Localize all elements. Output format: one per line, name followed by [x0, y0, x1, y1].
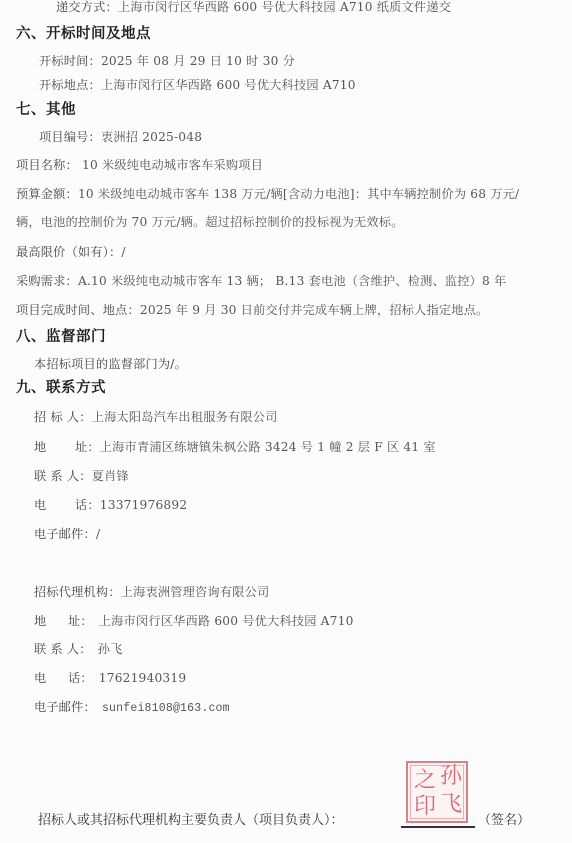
- tenderer-phone-value: 13371976892: [100, 498, 188, 512]
- seal-char-4: 印: [414, 795, 436, 819]
- project-number-value: 衷洲招 2025-048: [101, 130, 202, 144]
- opening-place-line: 开标地点：上海市闵行区华西路 600 号优大科技园 A710: [39, 77, 356, 93]
- requirement-label: 采购需求：: [16, 274, 78, 288]
- tenderer-address-label-b: 址：: [75, 440, 100, 454]
- agency-address-value: 上海市闵行区华西路 600 号优大科技园 A710: [99, 614, 354, 628]
- tenderer-phone-label-b: 话：: [75, 498, 100, 512]
- agency-name-line: 招标代理机构：上海衷洲管理咨询有限公司: [34, 584, 269, 600]
- agency-contact-line: 联 系 人：孙飞: [34, 641, 122, 657]
- section-9-title: 九、联系方式: [16, 379, 106, 397]
- seal-stamp: 孙 之 飞 印: [406, 761, 468, 823]
- tenderer-phone-label-a: 电: [34, 497, 75, 513]
- signature-underline: [401, 826, 475, 828]
- agency-phone-label-b: 话：: [68, 671, 93, 685]
- budget-label: 预算金额：: [16, 187, 78, 201]
- agency-phone-label-a: 电: [34, 670, 68, 686]
- tenderer-name-value: 上海太阳岛汽车出租服务有限公司: [92, 410, 278, 424]
- seal-char-3: 飞: [440, 793, 462, 817]
- opening-place-label: 开标地点：: [39, 78, 101, 92]
- agency-address-line: 地址：上海市闵行区华西路 600 号优大科技园 A710: [34, 613, 354, 629]
- budget-value-2: 辆，电池的控制价为 70 万元/辆。超过招标控制价的投标视为无效标。: [16, 215, 404, 229]
- agency-email-label: 电子邮件：: [34, 700, 96, 714]
- completion-value: 2025 年 9 月 30 日前交付并完成车辆上牌，招标人指定地点。: [140, 303, 489, 317]
- tenderer-contact-value: 夏肖锋: [92, 469, 129, 483]
- budget-value-1: 10 米级纯电动城市客车 138 万元/辆[含动力电池]：其中车辆控制价为 68…: [78, 187, 519, 201]
- document-page: 递交方式：上海市闵行区华西路 600 号优大科技园 A710 纸质文件递交 六、…: [0, 0, 572, 843]
- agency-phone-value: 17621940319: [99, 671, 187, 685]
- opening-place-value: 上海市闵行区华西路 600 号优大科技园 A710: [101, 78, 356, 92]
- section-7-title: 七、其他: [16, 101, 76, 119]
- submission-method-label: 递交方式：: [56, 0, 118, 14]
- completion-label: 项目完成时间、地点：: [16, 303, 140, 317]
- tenderer-name-label: 招 标 人：: [34, 410, 92, 424]
- project-name-label: 项目名称：: [16, 158, 78, 172]
- signature-suffix: （签名）: [478, 812, 530, 830]
- tenderer-name-line: 招 标 人：上海太阳岛汽车出租服务有限公司: [34, 409, 278, 425]
- max-price-label: 最高限价（如有）：: [16, 245, 121, 259]
- signature-label: 招标人或其招标代理机构主要负责人（项目负责人）：: [38, 812, 344, 830]
- opening-time-line: 开标时间：2025 年 08 月 29 日 10 时 30 分: [39, 53, 295, 69]
- tenderer-address-value: 上海市青浦区练塘镇朱枫公路 3424 号 1 幢 2 层 F 区 41 室: [100, 440, 436, 454]
- requirement-value: A.10 米级纯电动城市客车 13 辆； B.13 套电池（含维护、检测、监控）…: [78, 274, 507, 288]
- completion-line: 项目完成时间、地点：2025 年 9 月 30 日前交付并完成车辆上牌，招标人指…: [16, 302, 488, 318]
- agency-name-label: 招标代理机构：: [34, 585, 121, 599]
- opening-time-label: 开标时间：: [39, 54, 101, 68]
- agency-address-label-a: 地: [34, 613, 68, 629]
- submission-method-line: 递交方式：上海市闵行区华西路 600 号优大科技园 A710 纸质文件递交: [56, 0, 451, 15]
- seal-char-2: 之: [414, 769, 436, 793]
- section-6-title: 六、开标时间及地点: [16, 25, 151, 43]
- project-name-value: 10 米级纯电动城市客车采购项目: [78, 158, 263, 172]
- agency-email-line: 电子邮件：sunfei8108@163.com: [34, 699, 230, 717]
- budget-line-1: 预算金额：10 米级纯电动城市客车 138 万元/辆[含动力电池]：其中车辆控制…: [16, 186, 519, 202]
- tenderer-contact-line: 联 系 人：夏肖锋: [34, 468, 129, 484]
- seal-char-1: 孙: [440, 765, 462, 789]
- tenderer-email-line: 电子邮件：/: [34, 526, 100, 542]
- max-price-line: 最高限价（如有）：/: [16, 244, 126, 260]
- agency-phone-line: 电话：17621940319: [34, 670, 186, 686]
- project-number-line: 项目编号：衷洲招 2025-048: [39, 129, 202, 145]
- opening-time-value: 2025 年 08 月 29 日 10 时 30 分: [101, 54, 295, 68]
- tenderer-contact-label: 联 系 人：: [34, 469, 92, 483]
- project-number-label: 项目编号：: [39, 130, 101, 144]
- max-price-value: /: [121, 245, 125, 259]
- supervision-text: 本招标项目的监督部门为/。: [34, 356, 187, 372]
- section-8-title: 八、监督部门: [16, 328, 106, 346]
- tenderer-email-label: 电子邮件：: [34, 527, 96, 541]
- agency-email-value: sunfei8108@163.com: [102, 702, 230, 715]
- tenderer-email-value: /: [96, 527, 100, 541]
- agency-name-value: 上海衷洲管理咨询有限公司: [121, 585, 270, 599]
- agency-contact-value: 孙飞: [98, 642, 123, 656]
- tenderer-address-line: 地址：上海市青浦区练塘镇朱枫公路 3424 号 1 幢 2 层 F 区 41 室: [34, 439, 436, 455]
- tenderer-phone-line: 电话：13371976892: [34, 497, 187, 513]
- project-name-line: 项目名称： 10 米级纯电动城市客车采购项目: [16, 157, 263, 173]
- budget-line-2: 辆，电池的控制价为 70 万元/辆。超过招标控制价的投标视为无效标。: [16, 214, 404, 230]
- agency-contact-label: 联 系 人：: [34, 642, 92, 656]
- submission-method-value: 上海市闵行区华西路 600 号优大科技园 A710 纸质文件递交: [118, 0, 451, 14]
- agency-address-label-b: 址：: [68, 614, 93, 628]
- requirement-line: 采购需求：A.10 米级纯电动城市客车 13 辆； B.13 套电池（含维护、检…: [16, 273, 506, 289]
- tenderer-address-label-a: 地: [34, 439, 75, 455]
